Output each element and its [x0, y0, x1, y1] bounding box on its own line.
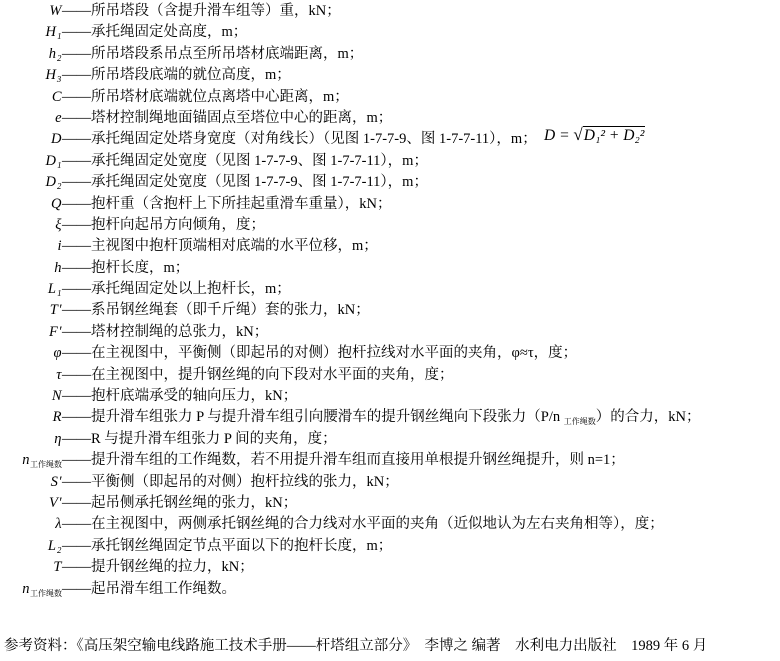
- definition-line: L₂——承托钢丝绳固定节点平面以下的抱杆长度，m；: [0, 536, 780, 557]
- definition-text: ——起吊滑车组工作绳数。: [62, 581, 236, 597]
- definition-text: ——塔材控制绳的总张力，kN；: [62, 324, 268, 340]
- variable-symbol: φ: [0, 343, 62, 364]
- variable-symbol: V′: [0, 493, 62, 514]
- variable-symbol: ξ: [0, 215, 62, 236]
- definition-line: D——承托绳固定处塔身宽度（对角线长）（见图 1-7-7-9、图 1-7-7-1…: [0, 129, 780, 150]
- variable-symbol: H₃: [0, 65, 62, 86]
- definition-text: ——承托绳固定处塔身宽度（对角线长）（见图 1-7-7-9、图 1-7-7-11…: [62, 131, 537, 147]
- definition-text: ——主视图中抱杆顶端相对底端的水平位移，m；: [62, 238, 378, 254]
- definition-line: η——R 与提升滑车组张力 P 间的夹角，度；: [0, 429, 780, 450]
- variable-symbol: n工作绳数: [0, 579, 62, 604]
- variable-symbol: N: [0, 386, 62, 407]
- definition-text: ——所吊塔材底端就位点离塔中心距离，m；: [62, 89, 349, 105]
- definition-line: T′——系吊钢丝绳套（即千斤绳）套的张力，kN；: [0, 300, 780, 321]
- definition-line: n工作绳数——起吊滑车组工作绳数。: [0, 579, 780, 600]
- definition-line: ξ——抱杆向起吊方向倾角，度；: [0, 215, 780, 236]
- definition-line: R——提升滑车组张力 P 与提升滑车组引向腰滑车的提升钢丝绳向下段张力（P/n …: [0, 407, 780, 428]
- variable-symbol: D₂: [0, 172, 62, 193]
- definition-text: ——起吊侧承托钢丝绳的张力，kN；: [62, 495, 297, 511]
- reference-line: 参考资料：《高压架空输电线路施工技术手册——杆塔组立部分》 李博之 编著 水利电…: [4, 636, 707, 656]
- definition-line: n工作绳数——提升滑车组的工作绳数，若不用提升滑车组而直接用单根提升钢丝绳提升，…: [0, 450, 780, 471]
- definition-text: ——提升钢丝绳的拉力，kN；: [62, 559, 254, 575]
- definition-line: Q——抱杆重（含抱杆上下所挂起重滑车重量），kN；: [0, 194, 780, 215]
- variable-symbol: L₂: [0, 536, 62, 557]
- variable-subscript: 工作绳数: [30, 589, 62, 598]
- definition-line: C——所吊塔材底端就位点离塔中心距离，m；: [0, 87, 780, 108]
- definition-line: L₁——承托绳固定处以上抱杆长，m；: [0, 279, 780, 300]
- variable-symbol: h₂: [0, 44, 62, 65]
- variable-symbol: D₁: [0, 151, 62, 172]
- definition-text: ——抱杆底端承受的轴向压力，kN；: [62, 388, 297, 404]
- variable-symbol: F′: [0, 322, 62, 343]
- definition-text: ——平衡侧（即起吊的对侧）抱杆拉线的张力，kN；: [62, 474, 399, 490]
- definition-text: ——提升滑车组的工作绳数，若不用提升滑车组而直接用单根提升钢丝绳提升，则 n=1…: [62, 452, 625, 468]
- definition-line: D₁——承托绳固定处宽度（见图 1-7-7-9、图 1-7-7-11），m；: [0, 151, 780, 172]
- definition-text: ——承托绳固定处宽度（见图 1-7-7-9、图 1-7-7-11），m；: [62, 153, 428, 169]
- variable-symbol: C: [0, 87, 62, 108]
- definition-text: ——所吊塔段系吊点至所吊塔材底端距离，m；: [62, 46, 363, 62]
- variable-symbol: S′: [0, 472, 62, 493]
- definition-text: ——提升滑车组张力 P 与提升滑车组引向腰滑车的提升钢丝绳向下段张力（P/n 工…: [62, 409, 700, 425]
- definition-line: φ——在主视图中，平衡侧（即起吊的对侧）抱杆拉线对水平面的夹角，φ≈τ，度；: [0, 343, 780, 364]
- variable-subscript: 工作绳数: [30, 460, 62, 469]
- variable-symbol: i: [0, 236, 62, 257]
- definition-text: ——抱杆向起吊方向倾角，度；: [62, 217, 265, 233]
- definition-line: H₁——承托绳固定处高度，m；: [0, 22, 780, 43]
- definition-text: ——系吊钢丝绳套（即千斤绳）套的张力，kN；: [62, 302, 370, 318]
- definition-text: ——承托绳固定处高度，m；: [62, 24, 247, 40]
- definition-text: ——所吊塔段（含提升滑车组等）重，kN；: [62, 3, 341, 19]
- definition-line: F′——塔材控制绳的总张力，kN；: [0, 322, 780, 343]
- variable-symbol: R: [0, 407, 62, 428]
- document-page: W——所吊塔段（含提升滑车组等）重，kN；H₁——承托绳固定处高度，m；h₂——…: [0, 0, 780, 661]
- definition-line: λ——在主视图中，两侧承托钢丝绳的合力线对水平面的夹角（近似地认为左右夹角相等）…: [0, 514, 780, 535]
- definition-text: ——抱杆重（含抱杆上下所挂起重滑车重量），kN；: [62, 196, 391, 212]
- inline-subscript: 工作绳数: [564, 417, 596, 426]
- formula-d-diagonal: D = √D₁² + D₂²: [544, 125, 645, 145]
- formula-equals: =: [555, 127, 573, 144]
- definition-text: ——承托钢丝绳固定节点平面以下的抱杆长度，m；: [62, 538, 392, 554]
- definition-line: H₃——所吊塔段底端的就位高度，m；: [0, 65, 780, 86]
- variable-symbol: η: [0, 429, 62, 450]
- definition-text: ——所吊塔段底端的就位高度，m；: [62, 67, 291, 83]
- definition-text: ——在主视图中，平衡侧（即起吊的对侧）抱杆拉线对水平面的夹角，φ≈τ，度；: [62, 345, 577, 361]
- definition-line: N——抱杆底端承受的轴向压力，kN；: [0, 386, 780, 407]
- definition-text: ——塔材控制绳地面锚固点至塔位中心的距离，m；: [62, 110, 392, 126]
- definition-text: ——抱杆长度，m；: [62, 260, 189, 276]
- variable-symbol: D: [0, 129, 62, 150]
- definition-text: ——承托绳固定处宽度（见图 1-7-7-9、图 1-7-7-11），m；: [62, 174, 428, 190]
- variable-symbol: λ: [0, 514, 62, 535]
- definition-line: S′——平衡侧（即起吊的对侧）抱杆拉线的张力，kN；: [0, 472, 780, 493]
- definition-text: ——在主视图中，两侧承托钢丝绳的合力线对水平面的夹角（近似地认为左右夹角相等），…: [62, 516, 664, 532]
- definition-line: e——塔材控制绳地面锚固点至塔位中心的距离，m；: [0, 108, 780, 129]
- definition-line: h₂——所吊塔段系吊点至所吊塔材底端距离，m；: [0, 44, 780, 65]
- radical-sign: √: [573, 125, 582, 144]
- definition-line: i——主视图中抱杆顶端相对底端的水平位移，m；: [0, 236, 780, 257]
- definition-text: ——R 与提升滑车组张力 P 间的夹角，度；: [62, 431, 337, 447]
- definition-line: T——提升钢丝绳的拉力，kN；: [0, 557, 780, 578]
- formula-radicand: D₁² + D₂²: [583, 126, 646, 144]
- variable-symbol: W: [0, 1, 62, 22]
- definition-line: h——抱杆长度，m；: [0, 258, 780, 279]
- variable-symbol: H₁: [0, 22, 62, 43]
- variable-symbol: h: [0, 258, 62, 279]
- variable-symbol: T: [0, 557, 62, 578]
- definition-line: V′——起吊侧承托钢丝绳的张力，kN；: [0, 493, 780, 514]
- definition-text: ——在主视图中，提升钢丝绳的向下段对水平面的夹角，度；: [62, 367, 454, 383]
- variable-symbol: e: [0, 108, 62, 129]
- variable-symbol: T′: [0, 300, 62, 321]
- definition-line: τ——在主视图中，提升钢丝绳的向下段对水平面的夹角，度；: [0, 365, 780, 386]
- variable-symbol: Q: [0, 194, 62, 215]
- definition-line: D₂——承托绳固定处宽度（见图 1-7-7-9、图 1-7-7-11），m；: [0, 172, 780, 193]
- variable-symbol: τ: [0, 365, 62, 386]
- formula-lhs: D: [544, 127, 555, 144]
- variable-symbol: L₁: [0, 279, 62, 300]
- definition-line: W——所吊塔段（含提升滑车组等）重，kN；: [0, 1, 780, 22]
- definitions-list: W——所吊塔段（含提升滑车组等）重，kN；H₁——承托绳固定处高度，m；h₂——…: [0, 1, 780, 600]
- definition-text: ——承托绳固定处以上抱杆长，m；: [62, 281, 291, 297]
